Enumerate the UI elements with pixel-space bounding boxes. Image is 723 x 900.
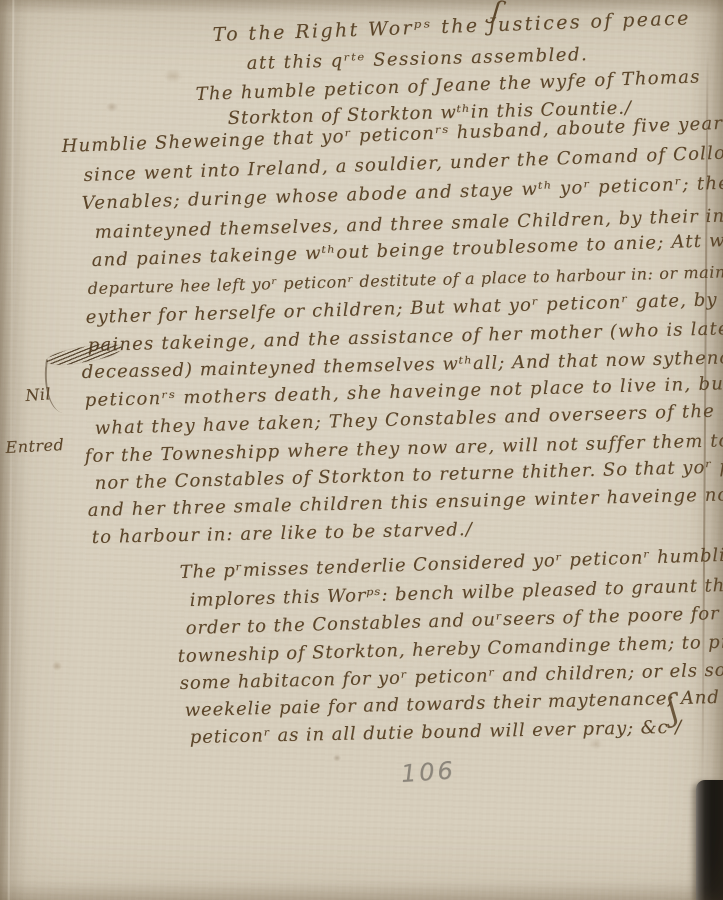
margin-note-nil: Nil (25, 384, 52, 405)
binding-clip (696, 780, 723, 900)
manuscript-scan: To the Right Worᵖˢ the Justices of peace… (0, 0, 723, 900)
margin-note-entred: Entred (5, 435, 65, 457)
folio-number: 106 (400, 756, 457, 788)
